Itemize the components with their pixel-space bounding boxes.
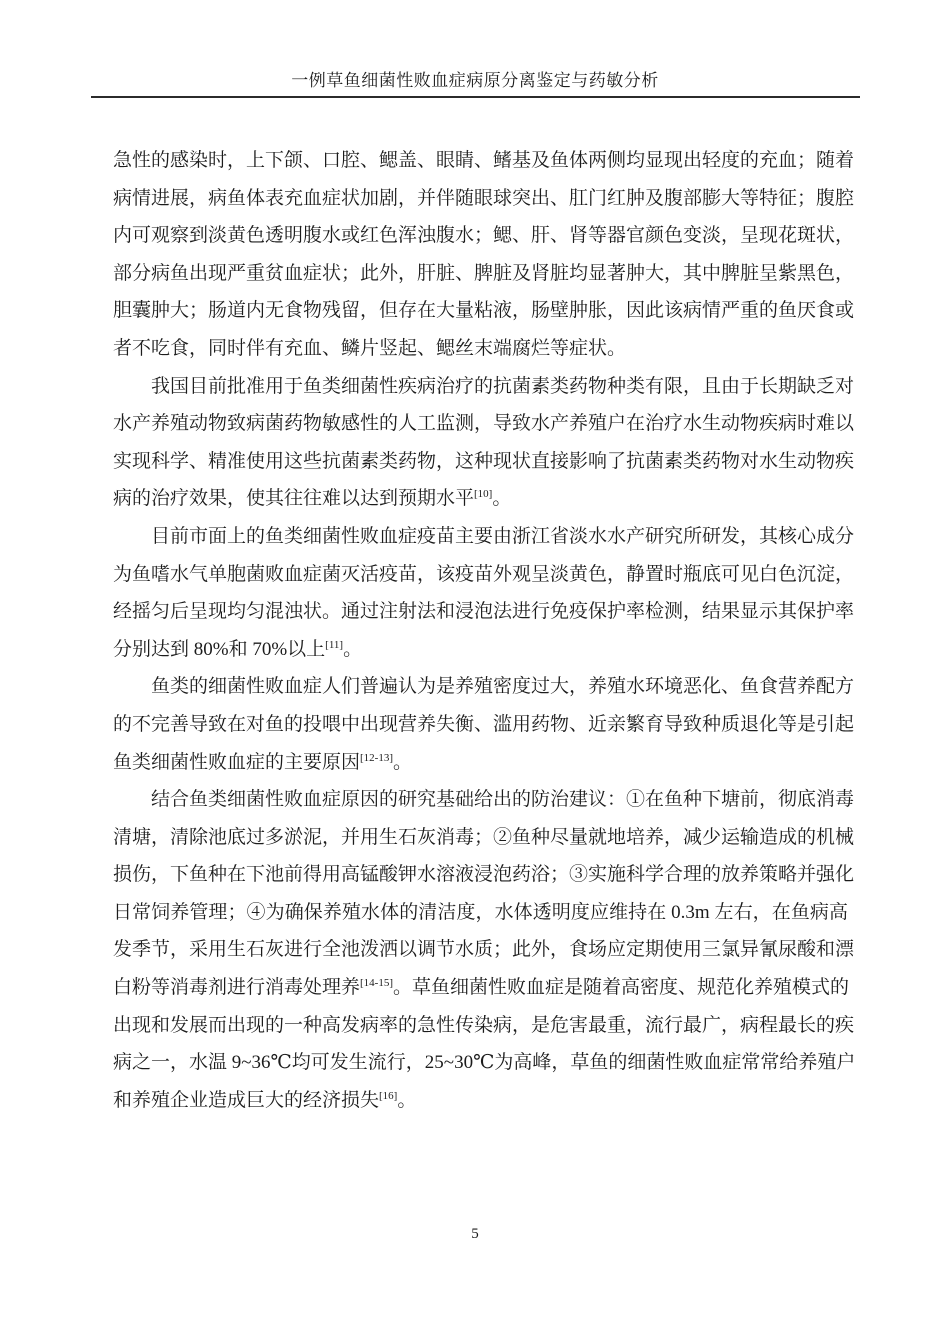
running-title: 一例草鱼细菌性败血症病原分离鉴定与药敏分析 (0, 66, 950, 91)
text-line: 发季节，采用生石灰进行全池泼洒以调节水质；此外，食场应定期使用三氯异氰尿酸和漂 (113, 931, 848, 969)
paragraph: 急性的感染时，上下颌、口腔、鳃盖、眼睛、鳍基及鱼体两侧均显现出轻度的充血；随着病… (113, 142, 848, 368)
text-line: 鱼类细菌性败血症的主要原因[12-13]。 (113, 744, 848, 782)
text-line: 病的治疗效果，使其往往难以达到预期水平[10]。 (113, 480, 848, 518)
text-line: 病情进展，病鱼体表充血症状加剧，并伴随眼球突出、肛门红肿及腹部膨大等特征；腹腔 (113, 180, 848, 218)
text-line: 我国目前批准用于鱼类细菌性疾病治疗的抗菌素类药物种类有限，且由于长期缺乏对 (113, 368, 848, 406)
text-line: 者不吃食，同时伴有充血、鳞片竖起、鳃丝末端腐烂等症状。 (113, 330, 848, 368)
text-line: 内可观察到淡黄色透明腹水或红色浑浊腹水；鳃、肝、肾等器官颜色变淡，呈现花斑状， (113, 217, 848, 255)
text-line: 白粉等消毒剂进行消毒处理养[14-15]。草鱼细菌性败血症是随着高密度、规范化养… (113, 969, 848, 1007)
text-line: 胆囊肿大；肠道内无食物残留，但存在大量粘液，肠壁肿胀，因此该病情严重的鱼厌食或 (113, 292, 848, 330)
citation-ref: [14-15] (360, 977, 393, 989)
document-body: 急性的感染时，上下颌、口腔、鳃盖、眼睛、鳍基及鱼体两侧均显现出轻度的充血；随着病… (113, 142, 848, 1119)
text-line: 的不完善导致在对鱼的投喂中出现营养失衡、滥用药物、近亲繁育导致种质退化等是引起 (113, 706, 848, 744)
text-line: 分别达到 80%和 70%以上[11]。 (113, 631, 848, 669)
citation-ref: [11] (325, 639, 343, 651)
text-line: 实现科学、精准使用这些抗菌素类药物，这种现状直接影响了抗菌素类药物对水生动物疾 (113, 443, 848, 481)
citation-ref: [12-13] (360, 752, 393, 764)
text-line: 目前市面上的鱼类细菌性败血症疫苗主要由浙江省淡水水产研究所研发，其核心成分 (113, 518, 848, 556)
page-number: 5 (0, 1226, 950, 1243)
text-line: 部分病鱼出现严重贫血症状；此外，肝脏、脾脏及肾脏均显著肿大，其中脾脏呈紫黑色， (113, 255, 848, 293)
text-line: 出现和发展而出现的一种高发病率的急性传染病，是危害最重，流行最广，病程最长的疾 (113, 1007, 848, 1045)
paragraph: 我国目前批准用于鱼类细菌性疾病治疗的抗菌素类药物种类有限，且由于长期缺乏对水产养… (113, 368, 848, 518)
paragraph: 目前市面上的鱼类细菌性败血症疫苗主要由浙江省淡水水产研究所研发，其核心成分为鱼嗜… (113, 518, 848, 668)
text-line: 水产养殖动物致病菌药物敏感性的人工监测，导致水产养殖户在治疗水生动物疾病时难以 (113, 405, 848, 443)
text-line: 损伤，下鱼种在下池前得用高锰酸钾水溶液浸泡药浴；③实施科学合理的放养策略并强化 (113, 856, 848, 894)
text-line: 日常饲养管理；④为确保养殖水体的清洁度，水体透明度应维持在 0.3m 左右，在鱼… (113, 894, 848, 932)
text-line: 急性的感染时，上下颌、口腔、鳃盖、眼睛、鳍基及鱼体两侧均显现出轻度的充血；随着 (113, 142, 848, 180)
text-line: 病之一，水温 9~36℃均可发生流行，25~30℃为高峰，草鱼的细菌性败血症常常… (113, 1044, 848, 1082)
text-line: 经摇匀后呈现均匀混浊状。通过注射法和浸泡法进行免疫保护率检测，结果显示其保护率 (113, 593, 848, 631)
text-line: 鱼类的细菌性败血症人们普遍认为是养殖密度过大，养殖水环境恶化、鱼食营养配方 (113, 668, 848, 706)
text-line: 结合鱼类细菌性败血症原因的研究基础给出的防治建议：①在鱼种下塘前，彻底消毒 (113, 781, 848, 819)
paragraph: 鱼类的细菌性败血症人们普遍认为是养殖密度过大，养殖水环境恶化、鱼食营养配方的不完… (113, 668, 848, 781)
header-rule (91, 96, 860, 98)
citation-ref: [10] (474, 488, 492, 500)
text-line: 清塘，清除池底过多淤泥，并用生石灰消毒；②鱼种尽量就地培养，减少运输造成的机械 (113, 819, 848, 857)
text-line: 为鱼嗜水气单胞菌败血症菌灭活疫苗，该疫苗外观呈淡黄色，静置时瓶底可见白色沉淀， (113, 556, 848, 594)
text-line: 和养殖企业造成巨大的经济损失[16]。 (113, 1082, 848, 1120)
document-page: 一例草鱼细菌性败血症病原分离鉴定与药敏分析 急性的感染时，上下颌、口腔、鳃盖、眼… (0, 0, 950, 1344)
paragraph: 结合鱼类细菌性败血症原因的研究基础给出的防治建议：①在鱼种下塘前，彻底消毒清塘，… (113, 781, 848, 1119)
citation-ref: [16] (379, 1090, 397, 1102)
